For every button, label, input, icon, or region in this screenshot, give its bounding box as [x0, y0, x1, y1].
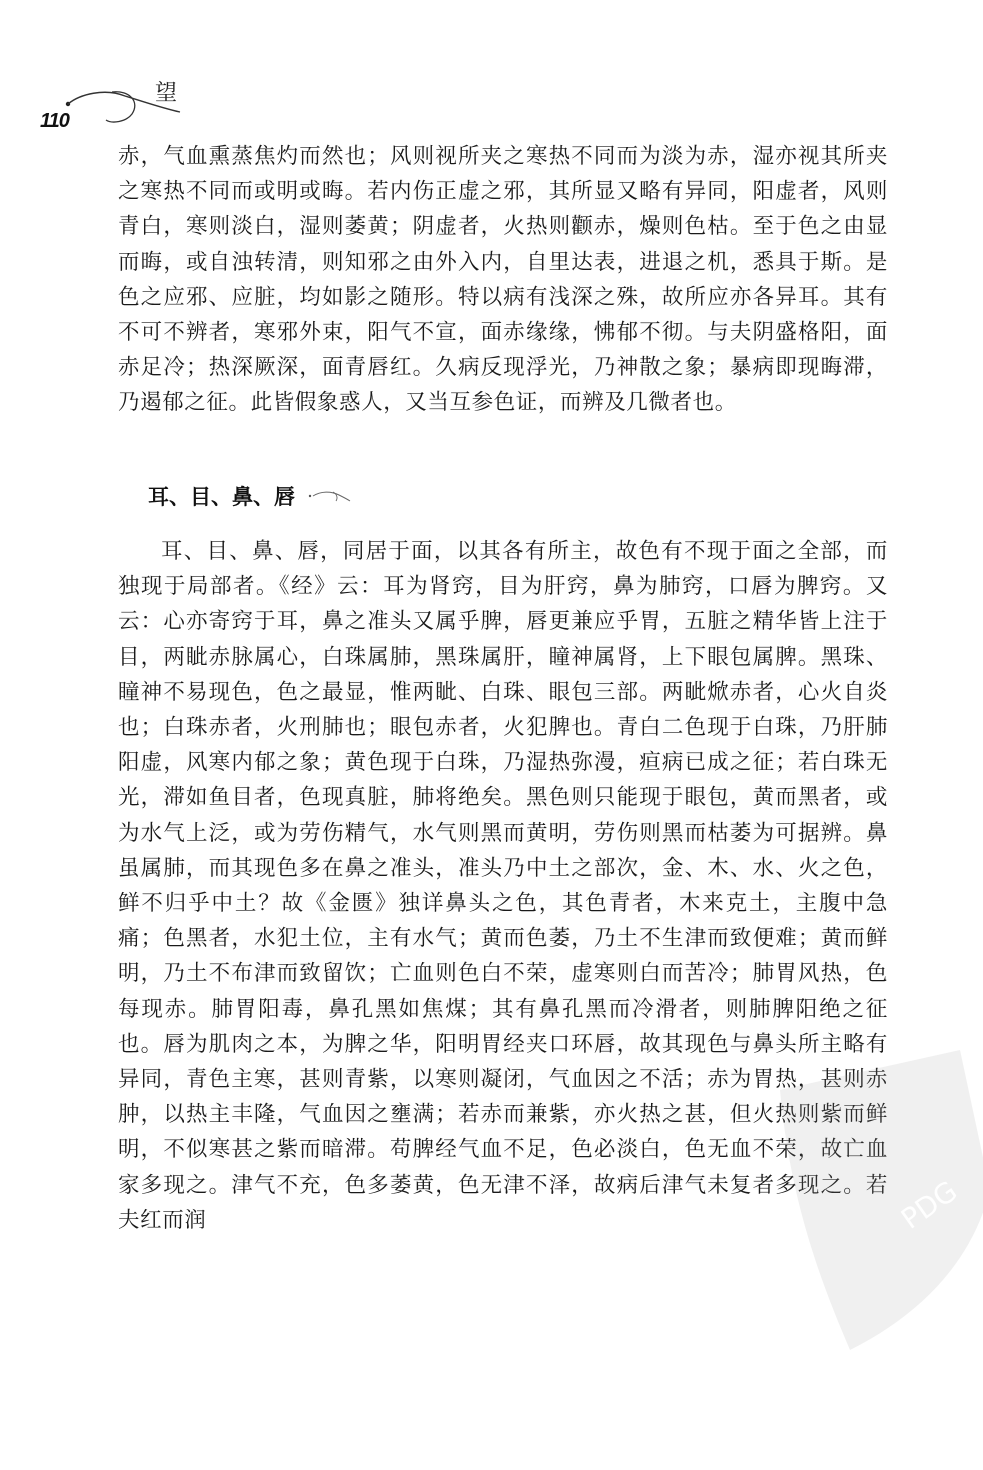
- svg-text:PDG: PDG: [895, 1174, 963, 1236]
- section-heading-text: 耳、目、鼻、唇: [148, 481, 295, 511]
- paragraph-continuation: 赤，气血熏蒸焦灼而然也；风则视所夹之寒热不同而为淡为赤，湿亦视其所夹之寒热不同而…: [118, 139, 888, 421]
- heading-ornament-icon: [307, 489, 351, 503]
- paragraph-section-body: 耳、目、鼻、唇，同居于面，以其各有所主，故色有不现于面之全部，而独现于局部者。《…: [118, 534, 888, 1238]
- section-heading: 耳、目、鼻、唇: [148, 481, 351, 511]
- page-number: 110: [40, 110, 69, 133]
- section-label: 望: [155, 76, 177, 107]
- page-header: 望 110: [40, 70, 200, 140]
